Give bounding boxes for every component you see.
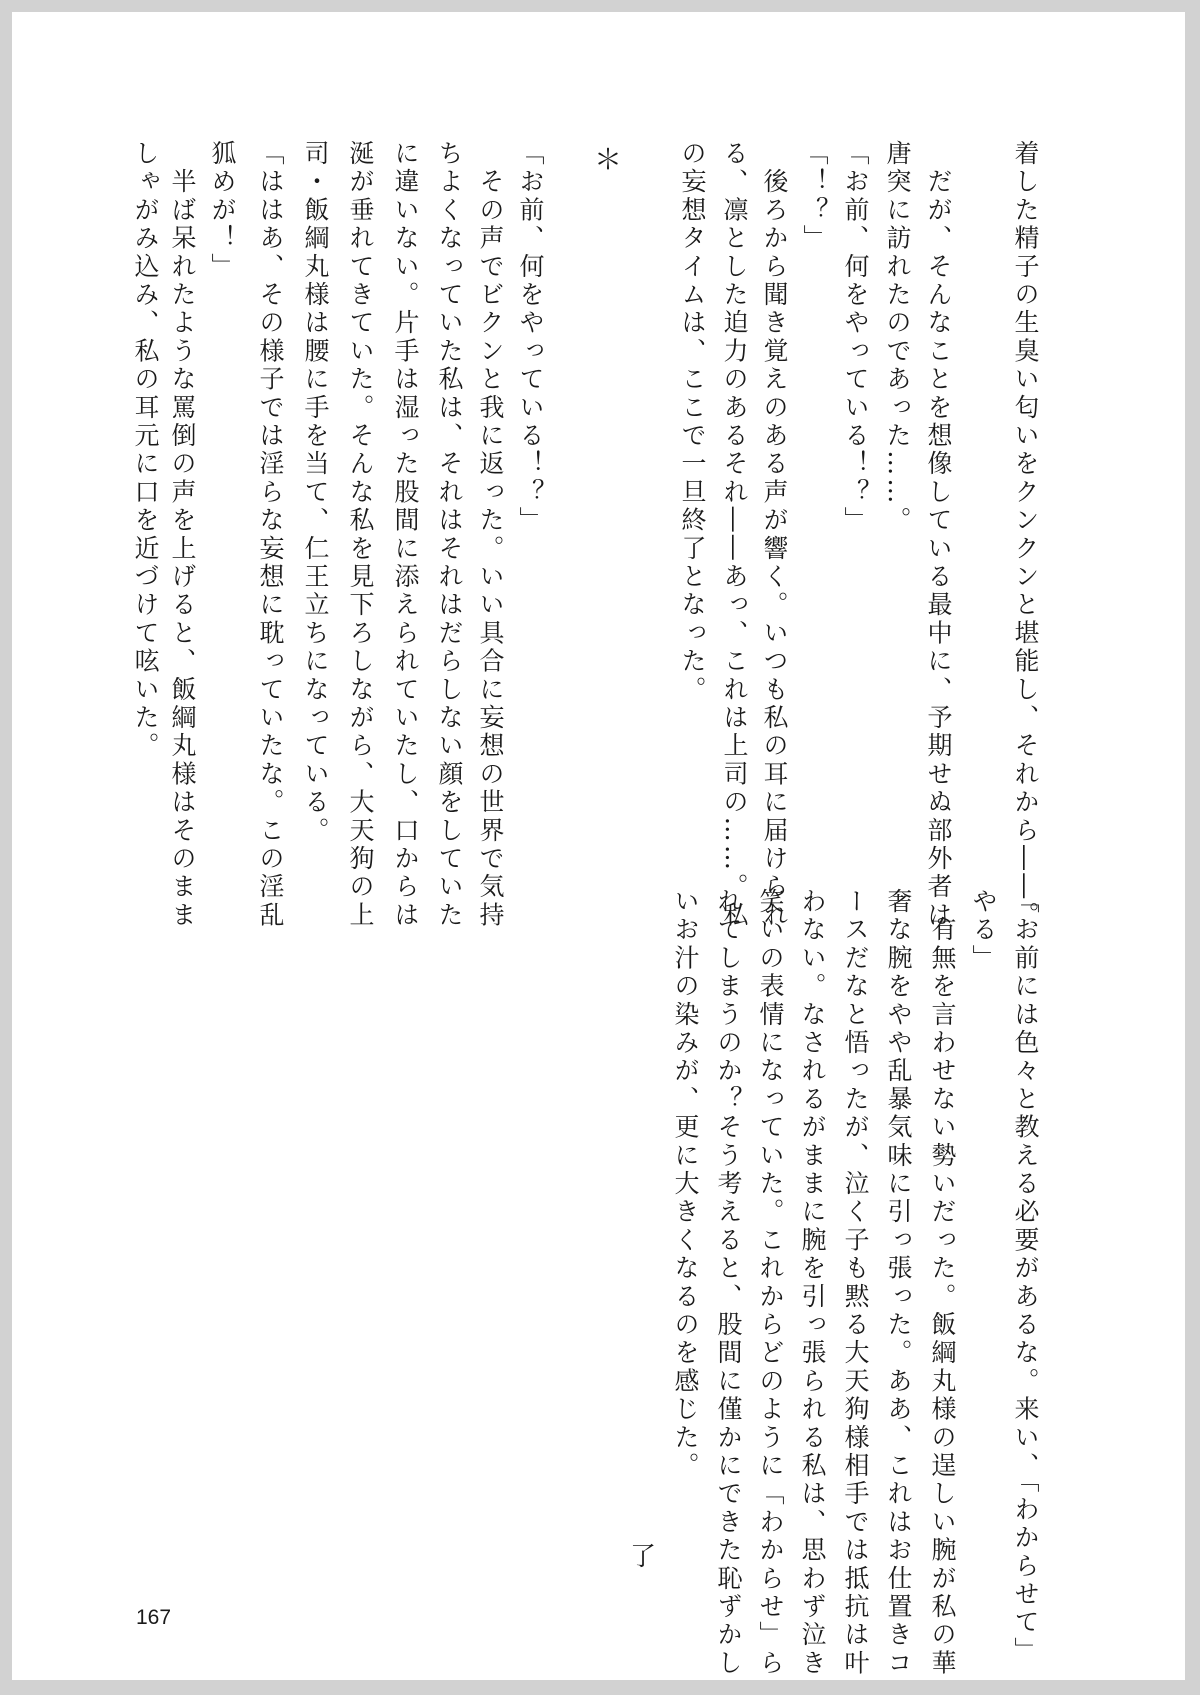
text-line: 「お前、何をやっている！？」 xyxy=(843,140,868,535)
text-line: 奢な腕をやや乱暴気味に引っ張った。ああ、これはお仕置きコ xyxy=(886,888,911,1678)
text-line: わない。なされるがままに腕を引っ張られる私は、思わず泣き xyxy=(800,888,825,1678)
text-line: 着した精子の生臭い匂いをクンクンと堪能し、それから――。 xyxy=(1013,140,1038,930)
text-line: の妄想タイムは、ここで一旦終了となった。 xyxy=(680,140,705,704)
text-line: 笑いの表情になっていた。これからどのように「わからせ」ら xyxy=(758,888,783,1678)
text-line: いお汁の染みが、更に大きくなるのを感じた。 xyxy=(673,888,698,1480)
text-line: 「ははあ、その様子では淫らな妄想に耽っていたな。この淫乱 xyxy=(258,140,283,930)
end-mark: 了 xyxy=(630,1536,656,1573)
text-line: れてしまうのか？そう考えると、股間に僅かにできた恥ずかし xyxy=(716,888,741,1678)
page-number: 167 xyxy=(136,1606,171,1630)
text-line: る、凛とした迫力のあるそれ――あっ、これは上司の……。私 xyxy=(722,140,747,930)
text-line: に違いない。片手は湿った股間に添えられていたし、口からは xyxy=(393,140,418,930)
text-line: 「お前には色々と教える必要があるな。来い、「わからせて」 xyxy=(1013,888,1038,1665)
text-line: 「お前、何をやっている！？」 xyxy=(518,140,543,535)
text-line: 狐めが！」 xyxy=(210,140,235,281)
text-line: 「！？」 xyxy=(802,140,827,253)
text-line: 涎が垂れてきていた。そんな私を見下ろしながら、大天狗の上 xyxy=(348,140,373,930)
text-line: やる」 xyxy=(971,888,996,973)
scene-break-asterisk: ＊ xyxy=(594,138,622,178)
text-line: 後ろから聞き覚えのある声が響く。いつも私の耳に届けられ xyxy=(762,140,787,930)
text-line: だが、そんなことを想像している最中に、予期せぬ部外者は xyxy=(926,140,951,930)
text-line: 半ば呆れたような罵倒の声を上げると、飯綱丸様はそのまま xyxy=(170,140,195,930)
text-line: 有無を言わせない勢いだった。飯綱丸様の逞しい腕が私の華 xyxy=(930,888,955,1678)
text-line: ちよくなっていた私は、それはそれはだらしない顔をしていた xyxy=(437,140,462,930)
text-line: ースだなと悟ったが、泣く子も黙る大天狗様相手では抵抗は叶 xyxy=(843,888,868,1678)
text-line: しゃがみ込み、私の耳元に口を近づけて呟いた。 xyxy=(133,140,158,760)
text-line: その声でビクンと我に返った。いい具合に妄想の世界で気持 xyxy=(478,140,503,930)
book-page: 着した精子の生臭い匂いをクンクンと堪能し、それから――。 だが、そんなことを想像… xyxy=(12,12,1185,1680)
text-line: 司・飯綱丸様は腰に手を当て、仁王立ちになっている。 xyxy=(303,140,328,845)
text-line: 唐突に訪れたのであった……。 xyxy=(885,140,910,535)
